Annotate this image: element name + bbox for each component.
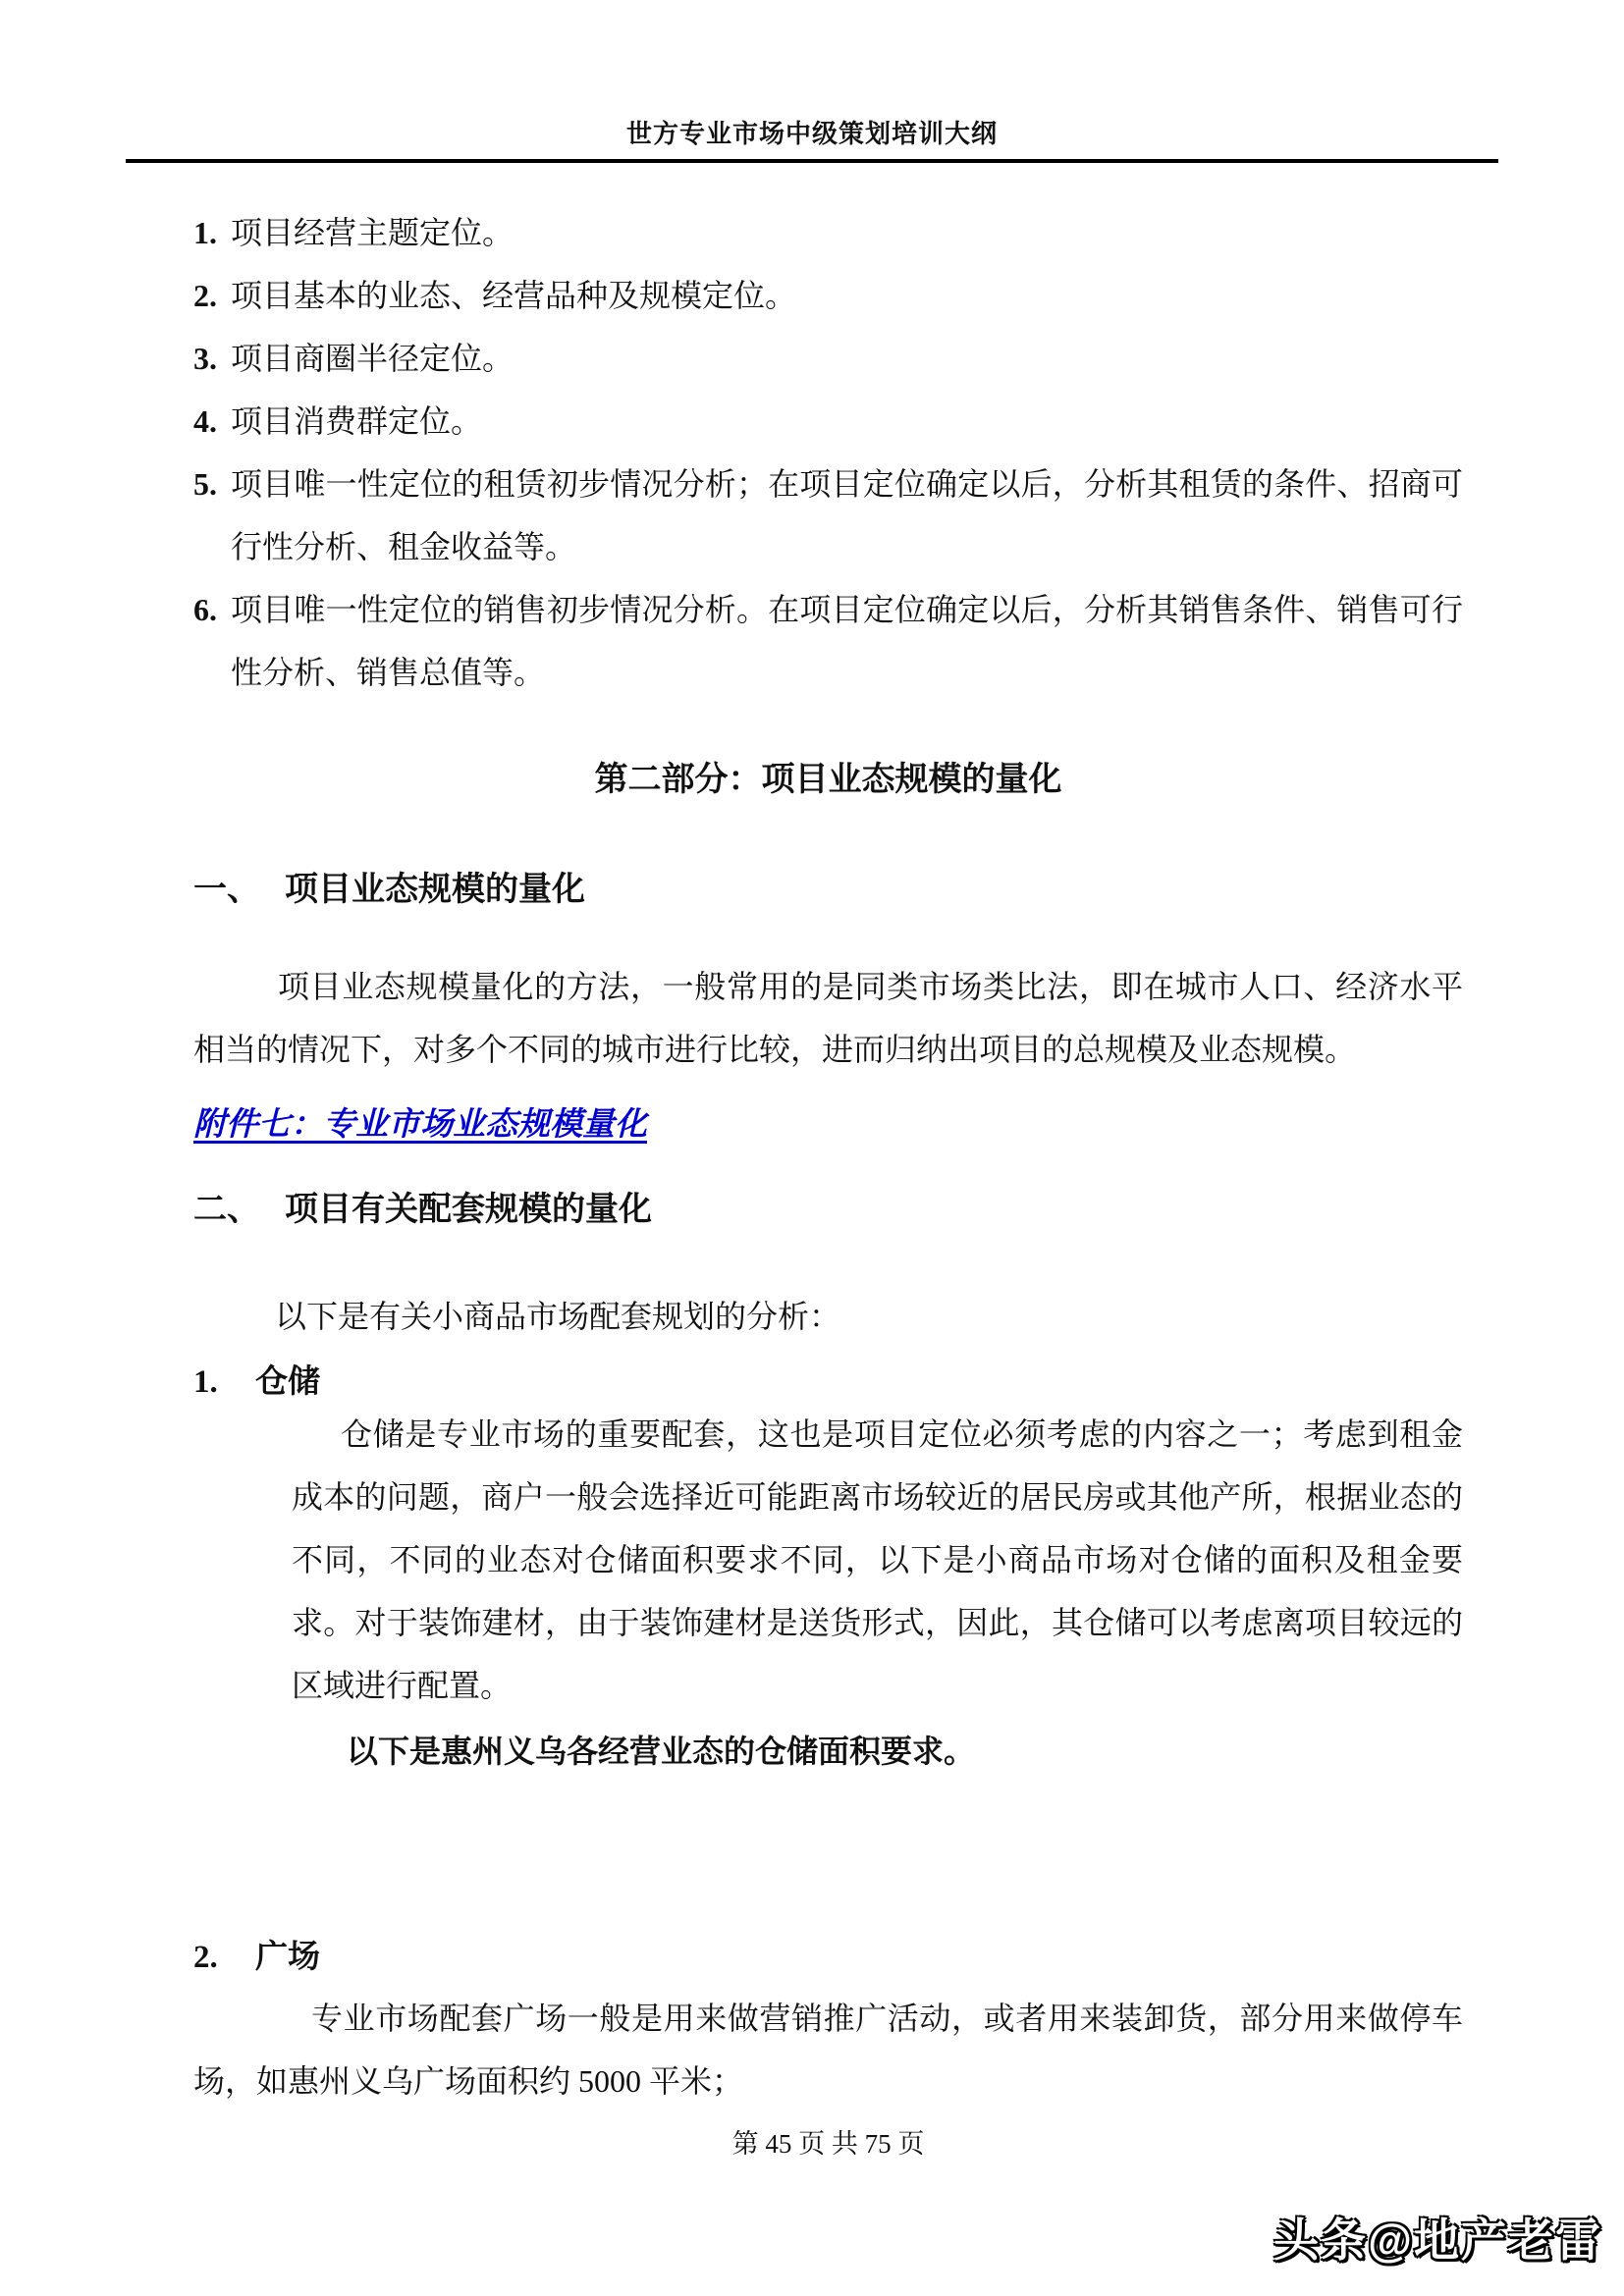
document-page: 世方专业市场中级策划培训大纲 1. 项目经营主题定位。 2. 项目基本的业态、经… bbox=[0, 0, 1624, 2296]
attachment-link[interactable]: 附件七：专业市场业态规模量化 bbox=[193, 1107, 647, 1143]
section2-intro: 以下是有关小商品市场配套规划的分析： bbox=[193, 1285, 1463, 1348]
list-item-text: 项目消费群定位。 bbox=[231, 390, 1463, 453]
section1-paragraph: 项目业态规模量化的方法，一般常用的是同类市场类比法，即在城市人口、经济水平相当的… bbox=[193, 955, 1463, 1081]
list-item-text: 项目唯一性定位的销售初步情况分析。在项目定位确定以后，分析其销售条件、销售可行性… bbox=[231, 578, 1463, 704]
list-item-number: 5. bbox=[193, 453, 231, 578]
list-item: 2. 项目基本的业态、经营品种及规模定位。 bbox=[193, 264, 1463, 327]
section-number: 二、 bbox=[193, 1193, 285, 1228]
plaza-paragraph: 专业市场配套广场一般是用来做营销推广活动，或者用来装卸货，部分用来做停车场，如惠… bbox=[193, 1987, 1463, 2112]
page-header: 世方专业市场中级策划培训大纲 bbox=[126, 0, 1498, 163]
list-item: 5. 项目唯一性定位的租赁初步情况分析；在项目定位确定以后，分析其租赁的条件、招… bbox=[193, 453, 1463, 578]
storage-paragraph: 仓储是专业市场的重要配套，这也是项目定位必须考虑的内容之一；考虑到租金成本的问题… bbox=[292, 1403, 1463, 1717]
header-title: 世方专业市场中级策划培训大纲 bbox=[626, 120, 998, 148]
list-item-number: 4. bbox=[193, 390, 231, 453]
attachment-link-line: 附件七：专业市场业态规模量化 bbox=[193, 1093, 1463, 1156]
ordered-list: 1. 项目经营主题定位。 2. 项目基本的业态、经营品种及规模定位。 3. 项目… bbox=[193, 201, 1463, 704]
section-heading-2: 二、 项目有关配套规模的量化 bbox=[193, 1193, 1463, 1228]
part-heading: 第二部分：项目业态规模的量化 bbox=[193, 763, 1463, 798]
list-item-text: 项目唯一性定位的租赁初步情况分析；在项目定位确定以后，分析其租赁的条件、招商可行… bbox=[231, 453, 1463, 578]
list-item: 1. 项目经营主题定位。 bbox=[193, 201, 1463, 264]
sub-item-number: 2. bbox=[193, 1940, 255, 1975]
list-item-number: 1. bbox=[193, 201, 231, 264]
list-item-number: 2. bbox=[193, 264, 231, 327]
list-item-text: 项目基本的业态、经营品种及规模定位。 bbox=[231, 264, 1463, 327]
storage-note: 以下是惠州义乌各经营业态的仓储面积要求。 bbox=[347, 1720, 1463, 1783]
list-item-text: 项目经营主题定位。 bbox=[231, 201, 1463, 264]
watermark: 头条@地产老雷 bbox=[1273, 2205, 1602, 2269]
list-item: 3. 项目商圈半径定位。 bbox=[193, 327, 1463, 390]
sub-heading-plaza: 2. 广场 bbox=[193, 1940, 1463, 1975]
sub-item-title: 广场 bbox=[255, 1940, 320, 1975]
section-number: 一、 bbox=[193, 873, 285, 908]
list-item-number: 6. bbox=[193, 578, 231, 704]
list-item: 4. 项目消费群定位。 bbox=[193, 390, 1463, 453]
section-heading-1: 一、 项目业态规模的量化 bbox=[193, 873, 1463, 908]
list-item-number: 3. bbox=[193, 327, 231, 390]
list-item-text: 项目商圈半径定位。 bbox=[231, 327, 1463, 390]
sub-item-number: 1. bbox=[193, 1364, 255, 1400]
list-item: 6. 项目唯一性定位的销售初步情况分析。在项目定位确定以后，分析其销售条件、销售… bbox=[193, 578, 1463, 704]
section-title: 项目业态规模的量化 bbox=[285, 873, 585, 908]
page-content: 1. 项目经营主题定位。 2. 项目基本的业态、经营品种及规模定位。 3. 项目… bbox=[193, 152, 1463, 2162]
section-title: 项目有关配套规模的量化 bbox=[285, 1193, 652, 1228]
sub-item-title: 仓储 bbox=[255, 1364, 320, 1400]
page-footer: 第 45 页 共 75 页 bbox=[193, 2126, 1463, 2162]
page-number: 第 45 页 共 75 页 bbox=[732, 2129, 925, 2159]
sub-heading-storage: 1. 仓储 bbox=[193, 1364, 1463, 1400]
